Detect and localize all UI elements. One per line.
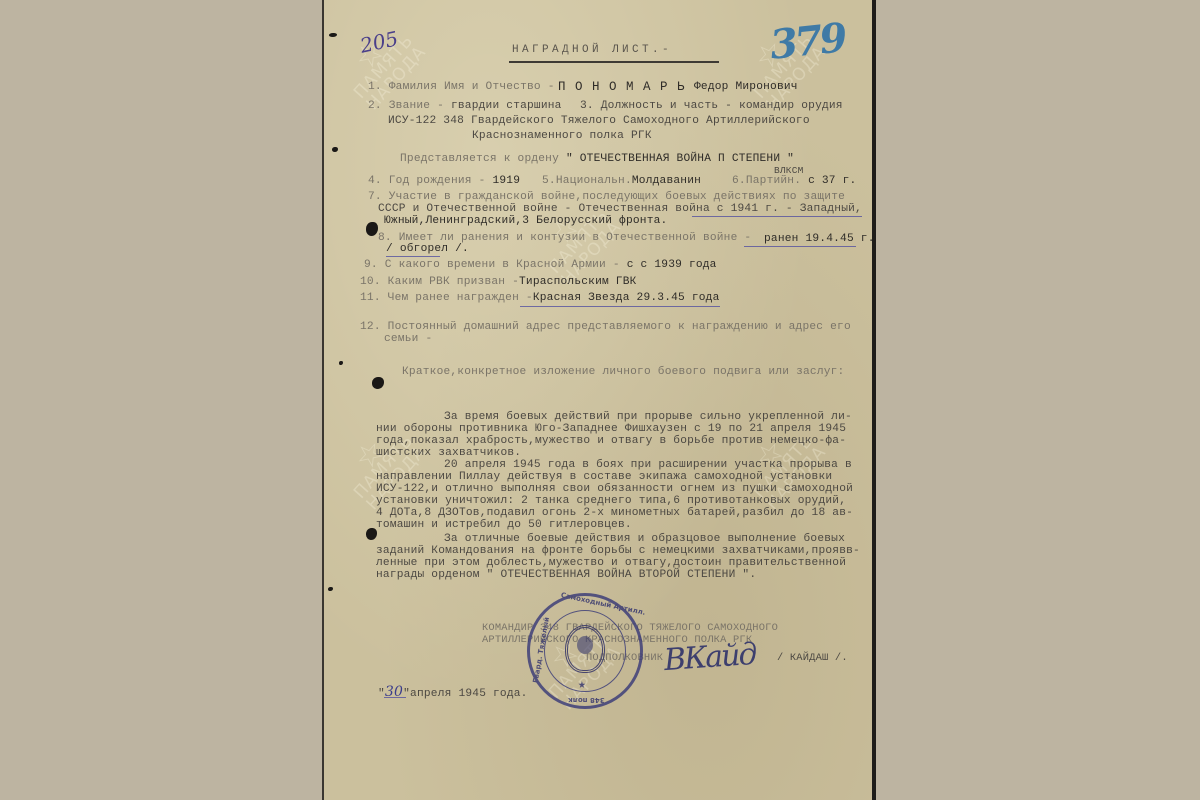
ink-blot: [366, 222, 378, 236]
commander-name: / КАЙДАШ /.: [777, 652, 848, 664]
recipient-surname: П О Н О М А Р Ь: [558, 80, 686, 94]
feat-line: шистских захватчиков.: [376, 447, 521, 459]
ink-mark: [332, 147, 338, 152]
item-3-label: 3. Должность и часть -: [580, 100, 739, 112]
feat-line: За время боевых действий при прорыве сил…: [444, 411, 852, 423]
feat-line: заданий Командования на фронте борьбы с …: [376, 545, 860, 557]
document-title: НАГРАДНОЙ ЛИСТ.-: [512, 44, 672, 56]
item-3-line: 3. Должность и часть - командир орудия: [580, 100, 843, 112]
feat-line: года,показал храбрость,мужество и отвагу…: [376, 435, 846, 447]
previous-awards-value: Красная Звезда 29.3.45 года: [533, 292, 720, 304]
party-value: с 37 г.: [808, 175, 856, 187]
item-7-line-3: Южный,Ленинградский,3 Белорусский фронта…: [384, 215, 667, 227]
item-12-line-1: 12. Постоянный домашний адрес представля…: [360, 321, 851, 333]
ink-underline: [386, 256, 440, 257]
item-2-label: 2. Звание -: [368, 100, 451, 112]
ink-mark: [329, 33, 337, 37]
item-7-line-1: 7. Участие в гражданской войне,последующ…: [368, 191, 845, 203]
item-9-line: 9. С какого времени в Красной Армии - с …: [364, 259, 717, 271]
nationality-value: Молдаванин: [632, 175, 701, 187]
item-2-line: 2. Звание - гвардии старшина: [368, 100, 562, 112]
nationality-label: 5.Национальн.: [542, 175, 632, 187]
wounds-value: ранен 19.4.45 г.: [764, 233, 875, 245]
handwritten-signature: ВКайд: [663, 637, 757, 678]
ink-underline: [520, 306, 720, 307]
unit-line-1: ИСУ-122 348 Гвардейского Тяжелого Самохо…: [388, 115, 810, 127]
party-line: 6.Партийн. с 37 г.: [732, 175, 856, 187]
ink-blot: [372, 377, 384, 389]
feat-line: нии обороны противника Юго-Западнее Фишх…: [376, 423, 846, 435]
feat-line: награды орденом " ОТЕЧЕСТВЕННАЯ ВОЙНА ВТ…: [376, 569, 756, 581]
birth-year-label: 4. Год рождения -: [368, 175, 492, 187]
nationality-line: 5.Национальн.Молдаванин: [542, 175, 701, 187]
ink-underline: [692, 216, 862, 217]
item-12-line-2: семьи -: [384, 333, 432, 345]
rank-value: гвардии старшина: [451, 100, 562, 112]
ink-underline: [744, 246, 856, 247]
order-nominated: " ОТЕЧЕСТВЕННАЯ ВОЙНА П СТЕПЕНИ ": [566, 153, 794, 165]
ussr-emblem-icon: [565, 625, 605, 673]
ink-underline: [384, 697, 406, 698]
item-7-line-2: СССР и Отечественной войне - Отечественн…: [378, 203, 862, 215]
ink-mark: [339, 361, 343, 365]
award-sheet-document: ☆ПАМЯТЬНАРОДА ☆ПАМЯТЬНАРОДА ☆ПАМЯТЬНАРОД…: [322, 0, 876, 800]
feat-line: 4 ДОТа,8 ДЗОТов,подавил огонь 2-х миноме…: [376, 507, 853, 519]
birth-year-value: 1919: [492, 175, 520, 187]
item-11-label: 11. Чем ранее награжден -: [360, 292, 533, 304]
globe-icon: [577, 636, 593, 654]
service-since-value: с с 1939 года: [627, 259, 717, 271]
feat-line: За отличные боевые действия и образцовое…: [444, 533, 845, 545]
seal-text-bottom: 348 полк: [568, 696, 605, 704]
item-1-label: 1. Фамилия Имя и Отчество -: [368, 81, 555, 93]
handwritten-sheet-number: 379: [768, 14, 847, 69]
nominated-label: Представляется к ордену: [400, 153, 559, 165]
feat-line: ИСУ-122,и отлично выполняя свои обязанно…: [376, 483, 853, 495]
draft-office-value: Тираспольским ГВК: [519, 276, 637, 288]
birth-year-line: 4. Год рождения - 1919: [368, 175, 520, 187]
ink-mark: [328, 587, 333, 591]
item-9-label: 9. С какого времени в Красной Армии -: [364, 259, 627, 271]
feat-line: 20 апреля 1945 года в боях при расширени…: [444, 459, 852, 471]
item-10-line: 10. Каким РВК призван -Тираспольским ГВК: [360, 276, 637, 288]
feat-line: установки уничтожил: 2 танка среднего ти…: [376, 495, 846, 507]
feat-heading: Краткое,конкретное изложение личного бое…: [402, 366, 844, 378]
feat-line: направлении Пиллау действуя в составе эк…: [376, 471, 832, 483]
wounds-value-2: / обгорел /.: [386, 243, 469, 255]
item-11-line: 11. Чем ранее награжден -Красная Звезда …: [360, 292, 720, 304]
feat-line: ленные при этом доблесть,мужество и отва…: [376, 557, 846, 569]
unit-line-2: Краснознаменного полка РГК: [472, 130, 652, 142]
item-10-label: 10. Каким РВК призван -: [360, 276, 519, 288]
seal-inner-ring: ★: [544, 610, 626, 692]
official-seal-stamp: ★ Самоходный Артилл. Гвард. Тяжелый 348 …: [527, 593, 643, 709]
party-label: 6.Партийн.: [732, 175, 801, 187]
feat-line: томашин и истребил до 50 гитлеровцев.: [376, 519, 632, 531]
position-value: командир орудия: [739, 100, 843, 112]
handwritten-archive-number: 205: [358, 26, 400, 57]
date-quote: ": [378, 688, 385, 700]
nominated-line: Представляется к ордену " ОТЕЧЕСТВЕННАЯ …: [400, 153, 794, 165]
date-month-year: "апреля 1945 года.: [403, 688, 527, 700]
title-underline: [509, 61, 719, 63]
star-icon: ★: [578, 677, 586, 692]
recipient-name: Федор Миронович: [694, 81, 798, 93]
